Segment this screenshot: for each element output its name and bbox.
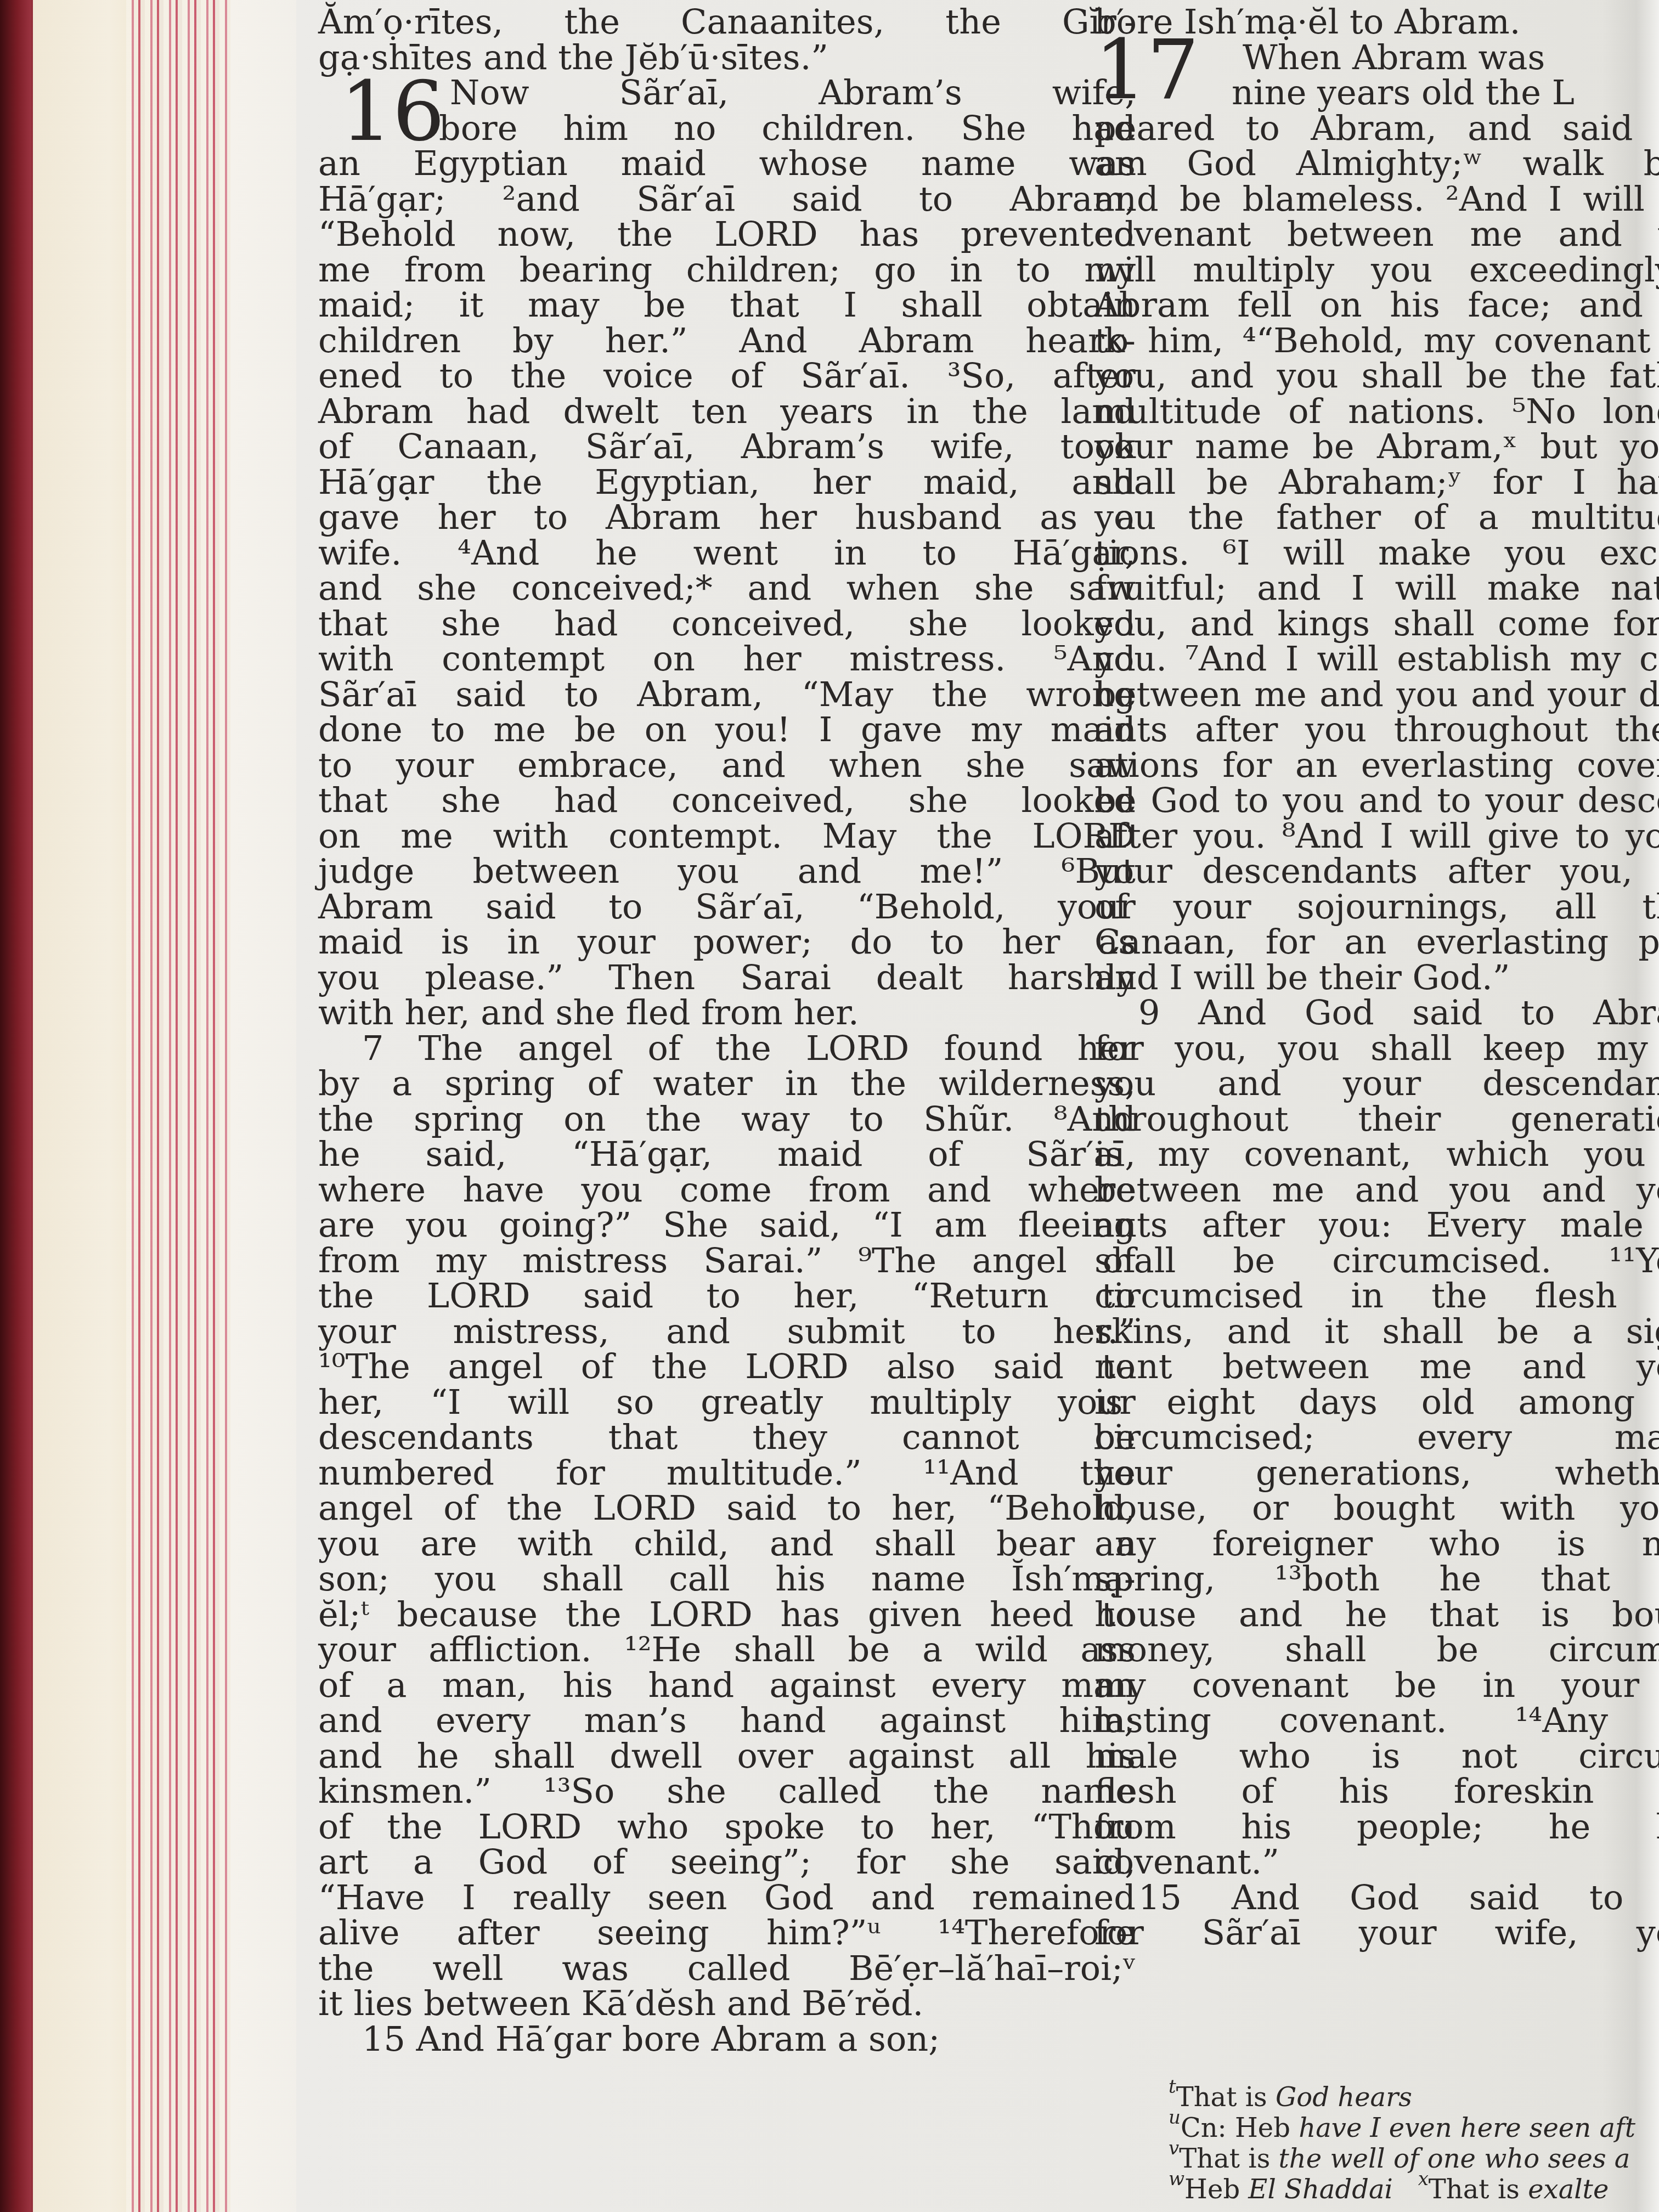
text-line: with her, and she fled from her.	[318, 995, 1136, 1031]
footnotes: tThat is God hearsuCn: Heb have I even h…	[1169, 2082, 1659, 2205]
text-line: 9 And God said to Abrah	[1094, 995, 1659, 1031]
text-line: am God Almighty;ʷ walk bef	[1094, 146, 1659, 182]
text-line: any foreigner who is not	[1094, 1526, 1659, 1562]
left-text-column: Ăm′ọ·rītes, the Canaanites, the Gĭr′- gạ…	[318, 4, 1136, 2057]
text-line: you, and you shall be the fathe	[1094, 358, 1659, 394]
text-line: 15 And Hā′gar bore Abram a son;	[318, 2022, 1136, 2057]
text-line: maid is in your power; do to her as	[318, 924, 1136, 960]
text-line: fruitful; and I will make natio	[1094, 571, 1659, 606]
text-line: house, or bought with your	[1094, 1491, 1659, 1526]
text-line: you the father of a multitude	[1094, 500, 1659, 535]
text-line: son; you shall call his name Ĭsh′mạ-	[318, 1561, 1136, 1597]
text-line: from my mistress Sarai.” ⁹The angel of	[318, 1243, 1136, 1279]
text-line: me from bearing children; go in to my	[318, 252, 1136, 288]
text-line: my covenant be in your f	[1094, 1668, 1659, 1703]
text-line: and be blameless. ²And I will m	[1094, 182, 1659, 217]
text-line: descendants that they cannot be	[318, 1420, 1136, 1455]
text-line: and every man’s hand against him;	[318, 1703, 1136, 1739]
text-line: by a spring of water in the wilderness,	[318, 1066, 1136, 1102]
text-line: your mistress, and submit to her.”	[318, 1314, 1136, 1350]
chapter-number: 16	[340, 76, 445, 148]
text-line: you are with child, and shall bear a	[318, 1526, 1136, 1562]
text-line: ants after you throughout their	[1094, 712, 1659, 748]
text-line: of the LORD who spoke to her, “Thou	[318, 1809, 1136, 1845]
text-line: you and your descendants	[1094, 1066, 1659, 1102]
text-line: done to me be on you! I gave my maid	[318, 712, 1136, 748]
text-line: spring, ¹³both he that is	[1094, 1561, 1659, 1597]
text-line: your descendants after you, th	[1094, 854, 1659, 889]
text-line: on me with contempt. May the LORD	[318, 819, 1136, 854]
text-line: nant between me and you	[1094, 1349, 1659, 1385]
text-line: male who is not circum	[1094, 1739, 1659, 1774]
text-line: kinsmen.” ¹³So she called the name	[318, 1774, 1136, 1809]
text-line: children by her.” And Abram heark-	[318, 323, 1136, 359]
text-line: circumcised in the flesh of	[1094, 1278, 1659, 1314]
text-line: you, and kings shall come forth	[1094, 606, 1659, 642]
text-line: your name be Abram,ˣ but your	[1094, 429, 1659, 465]
text-line: ĕl;ᵗ because the LORD has given heed to	[318, 1597, 1136, 1633]
text-line: the spring on the way to Shũr. ⁸And	[318, 1102, 1136, 1137]
text-line: between me and you and your des	[1094, 677, 1659, 713]
text-line: and he shall dwell over against all his	[318, 1739, 1136, 1774]
text-line: of a man, his hand against every man	[318, 1668, 1136, 1703]
text-line: angel of the LORD said to her, “Behold,	[318, 1491, 1136, 1526]
text-line: judge between you and me!” ⁶But	[318, 854, 1136, 889]
text-line: Hā′gạr the Egyptian, her maid, and	[318, 465, 1136, 500]
text-line: lasting covenant. ¹⁴Any u	[1094, 1703, 1659, 1739]
text-line: where have you come from and where	[318, 1172, 1136, 1208]
text-line: for Sãr′aī your wife, you	[1094, 1915, 1659, 1951]
text-line: money, shall be circumci	[1094, 1632, 1659, 1668]
text-line: Hā′gạr; ²and Sãr′aī said to Abram,	[318, 182, 1136, 217]
footnote-u: uCn: Heb have I even here seen aft	[1169, 2113, 1659, 2143]
text-line: with contempt on her mistress. ⁵And	[318, 641, 1136, 677]
text-line: her, “I will so greatly multiply your	[318, 1385, 1136, 1420]
text-line: after you. ⁸And I will give to you,	[1094, 819, 1659, 854]
right-text-column: bore Ish′mạ·ĕl to Abram. 17 When Abram w…	[1094, 4, 1659, 1951]
text-line: 15 And God said to A	[1094, 1880, 1659, 1916]
text-line: you please.” Then Sarai dealt harshly	[318, 960, 1136, 996]
text-line: your generations, whether	[1094, 1455, 1659, 1491]
text-line: Abram had dwelt ten years in the land	[318, 394, 1136, 430]
text-line: throughout their generation	[1094, 1102, 1659, 1137]
text-line: and I will be their God.”	[1094, 960, 1659, 996]
text-line: Sãr′aī said to Abram, “May the wrong	[318, 677, 1136, 713]
left-body-lines: an Egyptian maid whose name wasHā′gạr; ²…	[318, 146, 1136, 2057]
text-line: it lies between Kā′dĕsh and Bē′rĕd.	[318, 1986, 1136, 2022]
chapter-16-opening: 16 Now Sãr′aī, Abram’s wife, bore him no…	[318, 75, 1136, 146]
footnote-v: vThat is the well of one who sees a	[1169, 2143, 1659, 2174]
text-line: for you, you shall keep my c	[1094, 1031, 1659, 1066]
text-line: wife. ⁴And he went in to Hā′gạr,	[318, 535, 1136, 571]
text-line: Ăm′ọ·rītes, the Canaanites, the Gĭr′-	[318, 4, 1136, 40]
text-line: ations for an everlasting covena	[1094, 748, 1659, 783]
text-line: is my covenant, which you s	[1094, 1137, 1659, 1172]
text-line: between me and you and you	[1094, 1172, 1659, 1208]
text-line: shall be circumcised. ¹¹You	[1094, 1243, 1659, 1279]
text-line: that she had conceived, she looked	[318, 606, 1136, 642]
text-line: the LORD said to her, “Return to	[318, 1278, 1136, 1314]
chapter-number: 17	[1094, 35, 1199, 106]
text-line: house and he that is boug	[1094, 1597, 1659, 1633]
text-line: is eight days old among y	[1094, 1385, 1659, 1420]
text-line: covenant.”	[1094, 1844, 1659, 1880]
text-line: from his people; he ha	[1094, 1809, 1659, 1845]
text-line: skins, and it shall be a sign	[1094, 1314, 1659, 1350]
text-line: maid; it may be that I shall obtain	[318, 287, 1136, 323]
text-line: circumcised; every male	[1094, 1420, 1659, 1455]
text-line: of Canaan, Sãr′aī, Abram’s wife, took	[318, 429, 1136, 465]
text-line: that she had conceived, she looked	[318, 783, 1136, 819]
text-line: multitude of nations. ⁵No longe	[1094, 394, 1659, 430]
text-line: covenant between me and yo	[1094, 217, 1659, 252]
text-line: “Behold now, the LORD has prevented	[318, 217, 1136, 252]
text-line: ened to the voice of Sãr′aī. ³So, after	[318, 358, 1136, 394]
text-line: Abram said to Sãr′aī, “Behold, your	[318, 889, 1136, 925]
text-line: Canaan, for an everlasting pos	[1094, 924, 1659, 960]
text-line: be God to you and to your descen	[1094, 783, 1659, 819]
text-line: alive after seeing him?”ᵘ ¹⁴Therefore	[318, 1915, 1136, 1951]
text-line: 7 The angel of the LORD found her	[318, 1031, 1136, 1066]
text-line: of your sojournings, all the	[1094, 889, 1659, 925]
text-line: the well was called Bē′ẹr–lă′haī–roi;ᵛ	[318, 1951, 1136, 1987]
text-line: and she conceived;* and when she saw	[318, 571, 1136, 606]
text-line: “Have I really seen God and remained	[318, 1880, 1136, 1916]
text-line: will multiply you exceedingly.”	[1094, 252, 1659, 288]
text-line: flesh of his foreskin sh	[1094, 1774, 1659, 1809]
text-line: Abram fell on his face; and G	[1094, 287, 1659, 323]
text-line: you. ⁷And I will establish my cov	[1094, 641, 1659, 677]
chapter-17-opening: 17 When Abram was nine years old the L	[1094, 40, 1659, 111]
text-line: shall be Abraham;ʸ for I have	[1094, 465, 1659, 500]
text-line: tions. ⁶I will make you excee	[1094, 535, 1659, 571]
footnote-w: wHeb El Shaddai xThat is exalte	[1169, 2174, 1659, 2205]
right-body-lines: peared to Abram, and said toam God Almig…	[1094, 111, 1659, 1951]
text-line: ants after you: Every male a	[1094, 1207, 1659, 1243]
text-line: he said, “Hā′gạr, maid of Sãr′aī,	[318, 1137, 1136, 1172]
footnote-t: tThat is God hears	[1169, 2082, 1659, 2113]
text-line: numbered for multitude.” ¹¹And the	[318, 1455, 1136, 1491]
text-line: gave her to Abram her husband as a	[318, 500, 1136, 535]
text-line: ¹⁰The angel of the LORD also said to	[318, 1349, 1136, 1385]
text-line: art a God of seeing”; for she said,	[318, 1844, 1136, 1880]
text-line: to your embrace, and when she saw	[318, 748, 1136, 783]
text-line: are you going?” She said, “I am fleeing	[318, 1207, 1136, 1243]
text-line: your affliction. ¹²He shall be a wild as…	[318, 1632, 1136, 1668]
text-line: to him, ⁴“Behold, my covenant is	[1094, 323, 1659, 359]
